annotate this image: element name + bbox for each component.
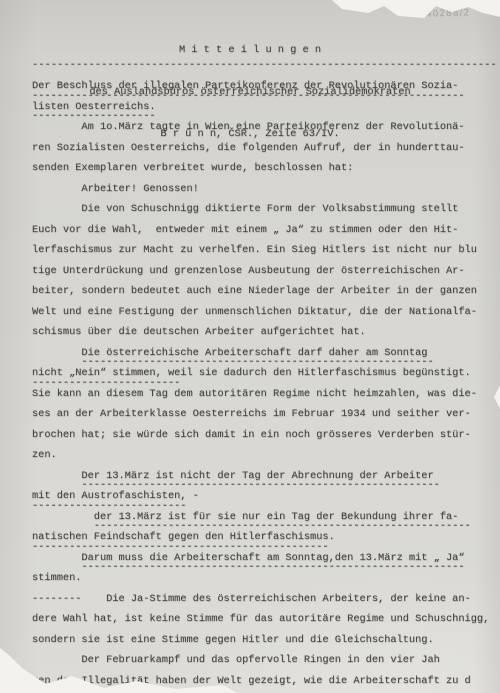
header-title: M i t t e i l u n g e n	[0, 43, 500, 57]
typed-text: zen.	[32, 449, 57, 461]
text-line: ses an der Arbeiterklasse Oesterreichs i…	[32, 408, 500, 429]
text-line: sondern sie ist eine Stimme gegen Hitler…	[32, 634, 500, 655]
typed-text: Euch vor die Wahl, entweder mit einem „ …	[32, 224, 458, 236]
typed-text: ren Sozialisten Oesterreichs, die folgen…	[32, 142, 465, 154]
paper-sheet: 4028a/2 M i t t e i l u n g e n des Ausl…	[0, 0, 500, 693]
text-line: der 13.März ist für sie nur ein Tag der …	[32, 511, 500, 532]
scanned-document: 4028a/2 M i t t e i l u n g e n des Ausl…	[0, 0, 500, 693]
text-line: mit den Austrofaschisten, --------------…	[32, 490, 500, 511]
text-line: nicht „Nein“ stimmen, weil sie dadurch d…	[32, 367, 500, 388]
text-line: ren Sozialisten Oesterreichs, die folgen…	[32, 142, 500, 163]
typed-text: beiter, sondern bedeutet auch eine Niede…	[32, 285, 477, 297]
typed-text: Sie kann an diesem Tag dem autoritären R…	[32, 388, 477, 400]
text-line: schismus über die deutschen Arbeiter auf…	[32, 326, 500, 347]
text-line: Der Februarkampf und das opfervolle Ring…	[32, 654, 500, 675]
typed-text: schismus über die deutschen Arbeiter auf…	[32, 326, 366, 338]
text-line: Arbeiter! Genossen!	[32, 183, 500, 204]
typed-text: ses an der Arbeiterklasse Oesterreichs i…	[32, 408, 471, 420]
header-separator: ----------------------------------------…	[32, 59, 497, 71]
typed-text: stimmen.	[32, 572, 81, 584]
text-line: Der Beschluss der illegalen Parteikonfer…	[32, 80, 500, 101]
typed-text: Der Februarkampf und das opfervolle Ring…	[32, 654, 440, 666]
typed-text: Welt und eine Festigung der unmenschlich…	[32, 306, 477, 318]
text-line: brochen hat; sie würde sich damit in ein…	[32, 429, 500, 450]
text-line: Der 13.März ist nicht der Tag der Abrech…	[32, 470, 500, 491]
typed-text: senden Exemplaren verbreitet wurde, besc…	[32, 162, 353, 174]
text-line: Sie kann an diesem Tag dem autoritären R…	[32, 388, 500, 409]
text-line: Die von Schuschnigg diktierte Form der V…	[32, 203, 500, 224]
typed-text: dere Wahl hat, ist keine Stimme für das …	[32, 613, 489, 625]
typed-text: lerfaschismus zur Macht zu verhelfen. Ei…	[32, 244, 477, 256]
text-line: stimmen.	[32, 572, 500, 593]
text-line: natischen Feindschaft gegen den Hitlerfa…	[32, 531, 500, 552]
text-line: tige Unterdrückung und grenzenlose Ausbe…	[32, 265, 500, 286]
typed-text: Die von Schuschnigg diktierte Form der V…	[32, 203, 458, 215]
text-line: -------- Die Ja-Stimme des österreichisc…	[32, 593, 500, 614]
typed-text: ren der Illegalität haben der Welt gezei…	[32, 675, 471, 687]
text-line: ren der Illegalität haben der Welt gezei…	[32, 675, 500, 693]
text-line: beiter, sondern bedeutet auch eine Niede…	[32, 285, 500, 306]
typed-text: sondern sie ist eine Stimme gegen Hitler…	[32, 634, 434, 646]
document-body: Der Beschluss der illegalen Parteikonfer…	[32, 80, 500, 693]
typed-text: Am 1o.März tagte in Wien eine Parteikonf…	[32, 121, 465, 133]
text-line: lerfaschismus zur Macht zu verhelfen. Ei…	[32, 244, 500, 265]
text-line: zen.	[32, 449, 500, 470]
text-line: Die österreichische Arbeiterschaft darf …	[32, 347, 500, 368]
typed-text: -------- Die Ja-Stimme des österreichisc…	[32, 593, 471, 605]
text-line: Euch vor die Wahl, entweder mit einem „ …	[32, 224, 500, 245]
text-line: listen Oesterreichs.--------------------	[32, 101, 500, 122]
text-line: Am 1o.März tagte in Wien eine Parteikonf…	[32, 121, 500, 142]
text-line: dere Wahl hat, ist keine Stimme für das …	[32, 613, 500, 634]
text-line: senden Exemplaren verbreitet wurde, besc…	[32, 162, 500, 183]
typed-text: brochen hat; sie würde sich damit in ein…	[32, 429, 471, 441]
text-line: Darum muss die Arbeiterschaft am Sonntag…	[32, 552, 500, 573]
typed-text: Arbeiter! Genossen!	[32, 183, 199, 195]
text-line: Welt und eine Festigung der unmenschlich…	[32, 306, 500, 327]
typed-text: tige Unterdrückung und grenzenlose Ausbe…	[32, 265, 465, 277]
